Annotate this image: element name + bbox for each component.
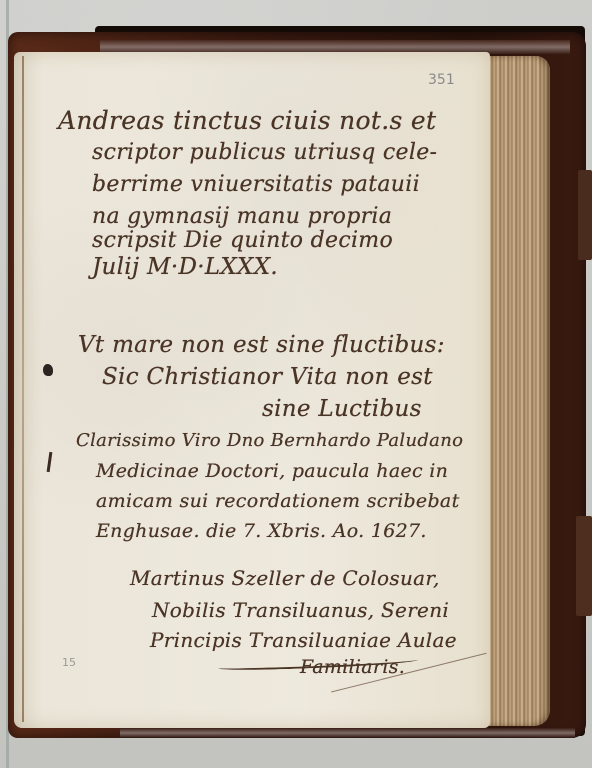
clasp-top	[578, 170, 592, 260]
pencil-note: 15	[62, 656, 76, 669]
signature-line: Nobilis Transiluanus, Sereni	[152, 598, 449, 622]
entry1-line: berrime vniuersitatis patauii	[92, 172, 420, 197]
dedication-line: Enghusae. die 7. Xbris. Ao. 1627.	[96, 520, 427, 542]
motto-line: sine Luctibus	[262, 396, 422, 422]
signature-line: Martinus Szeller de Colosuar,	[130, 566, 440, 590]
motto-line: Vt mare non est sine fluctibus:	[78, 332, 445, 358]
entry1-line: scripsit Die quinto decimo	[92, 228, 393, 253]
clasp-bottom	[576, 516, 592, 616]
page-gutter	[22, 56, 24, 722]
motto-line: Sic Christianor Vita non est	[102, 364, 433, 390]
signature-line: Principis Transiluaniae Aulae	[150, 628, 457, 652]
entry1-line: Julij M·D·LXXX.	[92, 254, 278, 280]
binding-bottom-edge	[120, 728, 575, 738]
folio-number: 351	[428, 72, 455, 88]
dedication-line: Medicinae Doctori, paucula haec in	[96, 460, 448, 482]
entry1-line: scriptor publicus utriusq cele-	[92, 140, 437, 165]
dedication-line: Clarissimo Viro Dno Bernhardo Paludano	[76, 430, 463, 451]
entry1-line: Andreas tinctus ciuis not.s et	[58, 106, 436, 135]
dedication-line: amicam sui recordationem scribebat	[96, 490, 460, 512]
entry1-line: na gymnasij manu propria	[92, 204, 392, 229]
ink-blot	[43, 364, 53, 376]
